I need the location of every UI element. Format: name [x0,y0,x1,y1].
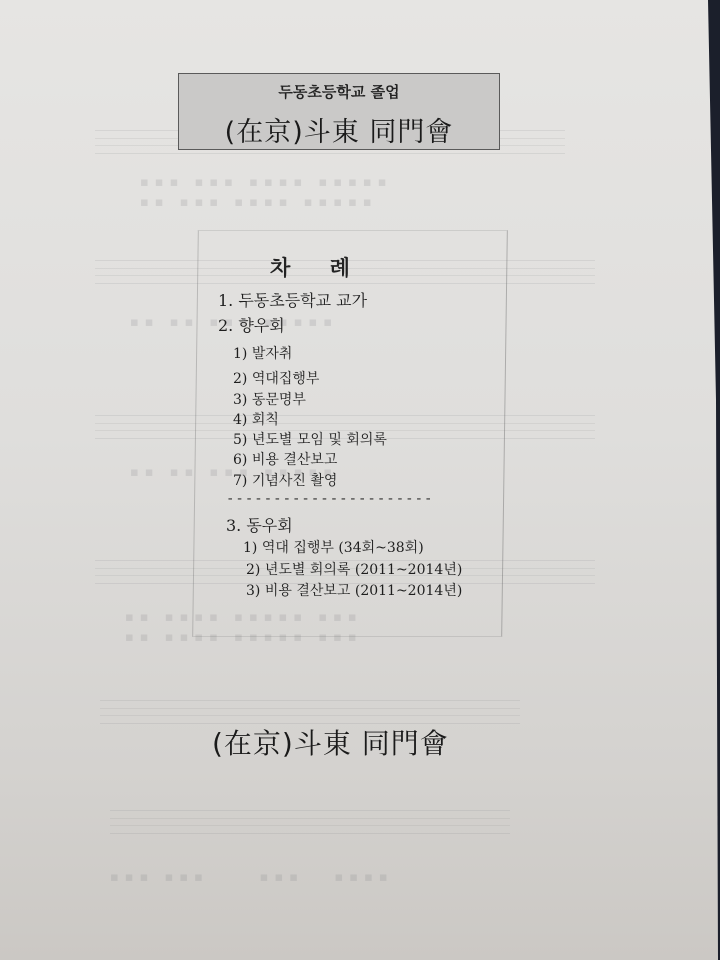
toc-section-1: 1. 두동초등학교 교가 [218,288,367,311]
toc-divider: ---------------------- [226,491,433,507]
toc-item-3-3: 3) 비용 결산보고 (2011~2014년) [246,580,462,600]
toc-item-2-3: 3) 동문명부 [233,389,306,409]
ghost-text: ▪▪ ▪▪▪ ▪▪▪▪ ▪▪▪▪▪ [140,195,378,210]
title-subtitle: 두동초등학교 졸업 [179,81,499,102]
toc-item-2-7: 7) 기념사진 촬영 [233,470,337,490]
toc-section-3: 3. 동우회 [226,513,293,536]
toc-item-3-2: 2) 년도별 회의록 (2011~2014년) [246,559,462,579]
footer-title: (在京)斗東 同門會 [212,722,449,762]
ghost-staff [110,810,510,834]
title-box: 두동초등학교 졸업 (在京)斗東 同門會 [178,73,500,150]
ghost-text: ▪▪▪ ▪▪▪ ▪▪▪▪ ▪▪▪▪▪ [140,175,393,190]
toc-item-2-1: 1) 발자취 [233,343,292,363]
ghost-text: ▪▪▪ ▪▪▪ ▪▪▪ ▪▪▪▪ [110,870,394,885]
toc-item-2-2: 2) 역대집행부 [233,368,319,388]
toc-heading: 차 례 [270,252,366,282]
toc-item-2-4: 4) 회칙 [233,409,279,429]
toc-item-3-1: 1) 역대 집행부 (34회~38회) [243,537,424,557]
toc-item-2-5: 5) 년도별 모임 및 회의록 [233,429,387,449]
toc-section-2: 2. 향우회 [218,313,285,336]
ghost-staff [100,700,520,724]
document-page: ▪▪▪ ▪▪▪ ▪▪▪▪ ▪▪▪▪▪ ▪▪ ▪▪▪ ▪▪▪▪ ▪▪▪▪▪ ▪▪ … [0,0,720,960]
toc-item-2-6: 6) 비용 결산보고 [233,449,337,469]
title-main: (在京)斗東 同門會 [179,110,499,149]
